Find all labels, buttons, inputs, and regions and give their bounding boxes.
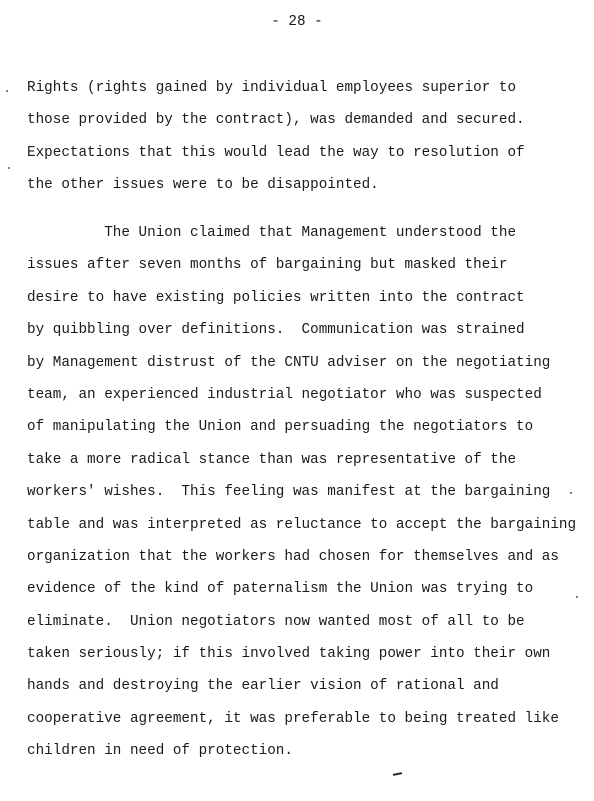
scan-speck xyxy=(8,167,10,169)
paragraph-1: Rights (rights gained by individual empl… xyxy=(27,72,587,202)
document-page: - 28 - Rights (rights gained by individu… xyxy=(0,0,594,801)
scan-mark xyxy=(393,772,402,776)
text-line: by Management distrust of the CNTU advis… xyxy=(27,347,587,379)
text-line: hands and destroying the earlier vision … xyxy=(27,670,587,702)
text-line: workers' wishes. This feeling was manife… xyxy=(27,476,587,508)
text-line: taken seriously; if this involved taking… xyxy=(27,638,587,670)
text-line: issues after seven months of bargaining … xyxy=(27,249,587,281)
text-line: Rights (rights gained by individual empl… xyxy=(27,72,587,104)
text-line: Expectations that this would lead the wa… xyxy=(27,137,587,169)
text-line: the other issues were to be disappointed… xyxy=(27,169,587,201)
text-line: of manipulating the Union and persuading… xyxy=(27,411,587,443)
text-line: cooperative agreement, it was preferable… xyxy=(27,703,587,735)
text-line: those provided by the contract), was dem… xyxy=(27,104,587,136)
scan-speck xyxy=(6,90,8,92)
paragraph-2: The Union claimed that Management unders… xyxy=(27,217,587,768)
page-number: - 28 - xyxy=(0,14,594,30)
text-line: desire to have existing policies written… xyxy=(27,282,587,314)
text-line: by quibbling over definitions. Communica… xyxy=(27,314,587,346)
text-line: team, an experienced industrial negotiat… xyxy=(27,379,587,411)
scan-speck xyxy=(570,492,572,494)
scan-speck xyxy=(576,596,578,598)
text-line: take a more radical stance than was repr… xyxy=(27,444,587,476)
text-line: The Union claimed that Management unders… xyxy=(27,217,587,249)
text-line: eliminate. Union negotiators now wanted … xyxy=(27,606,587,638)
text-line: children in need of protection. xyxy=(27,735,587,767)
text-line: evidence of the kind of paternalism the … xyxy=(27,573,587,605)
text-line: organization that the workers had chosen… xyxy=(27,541,587,573)
text-line: table and was interpreted as reluctance … xyxy=(27,509,587,541)
